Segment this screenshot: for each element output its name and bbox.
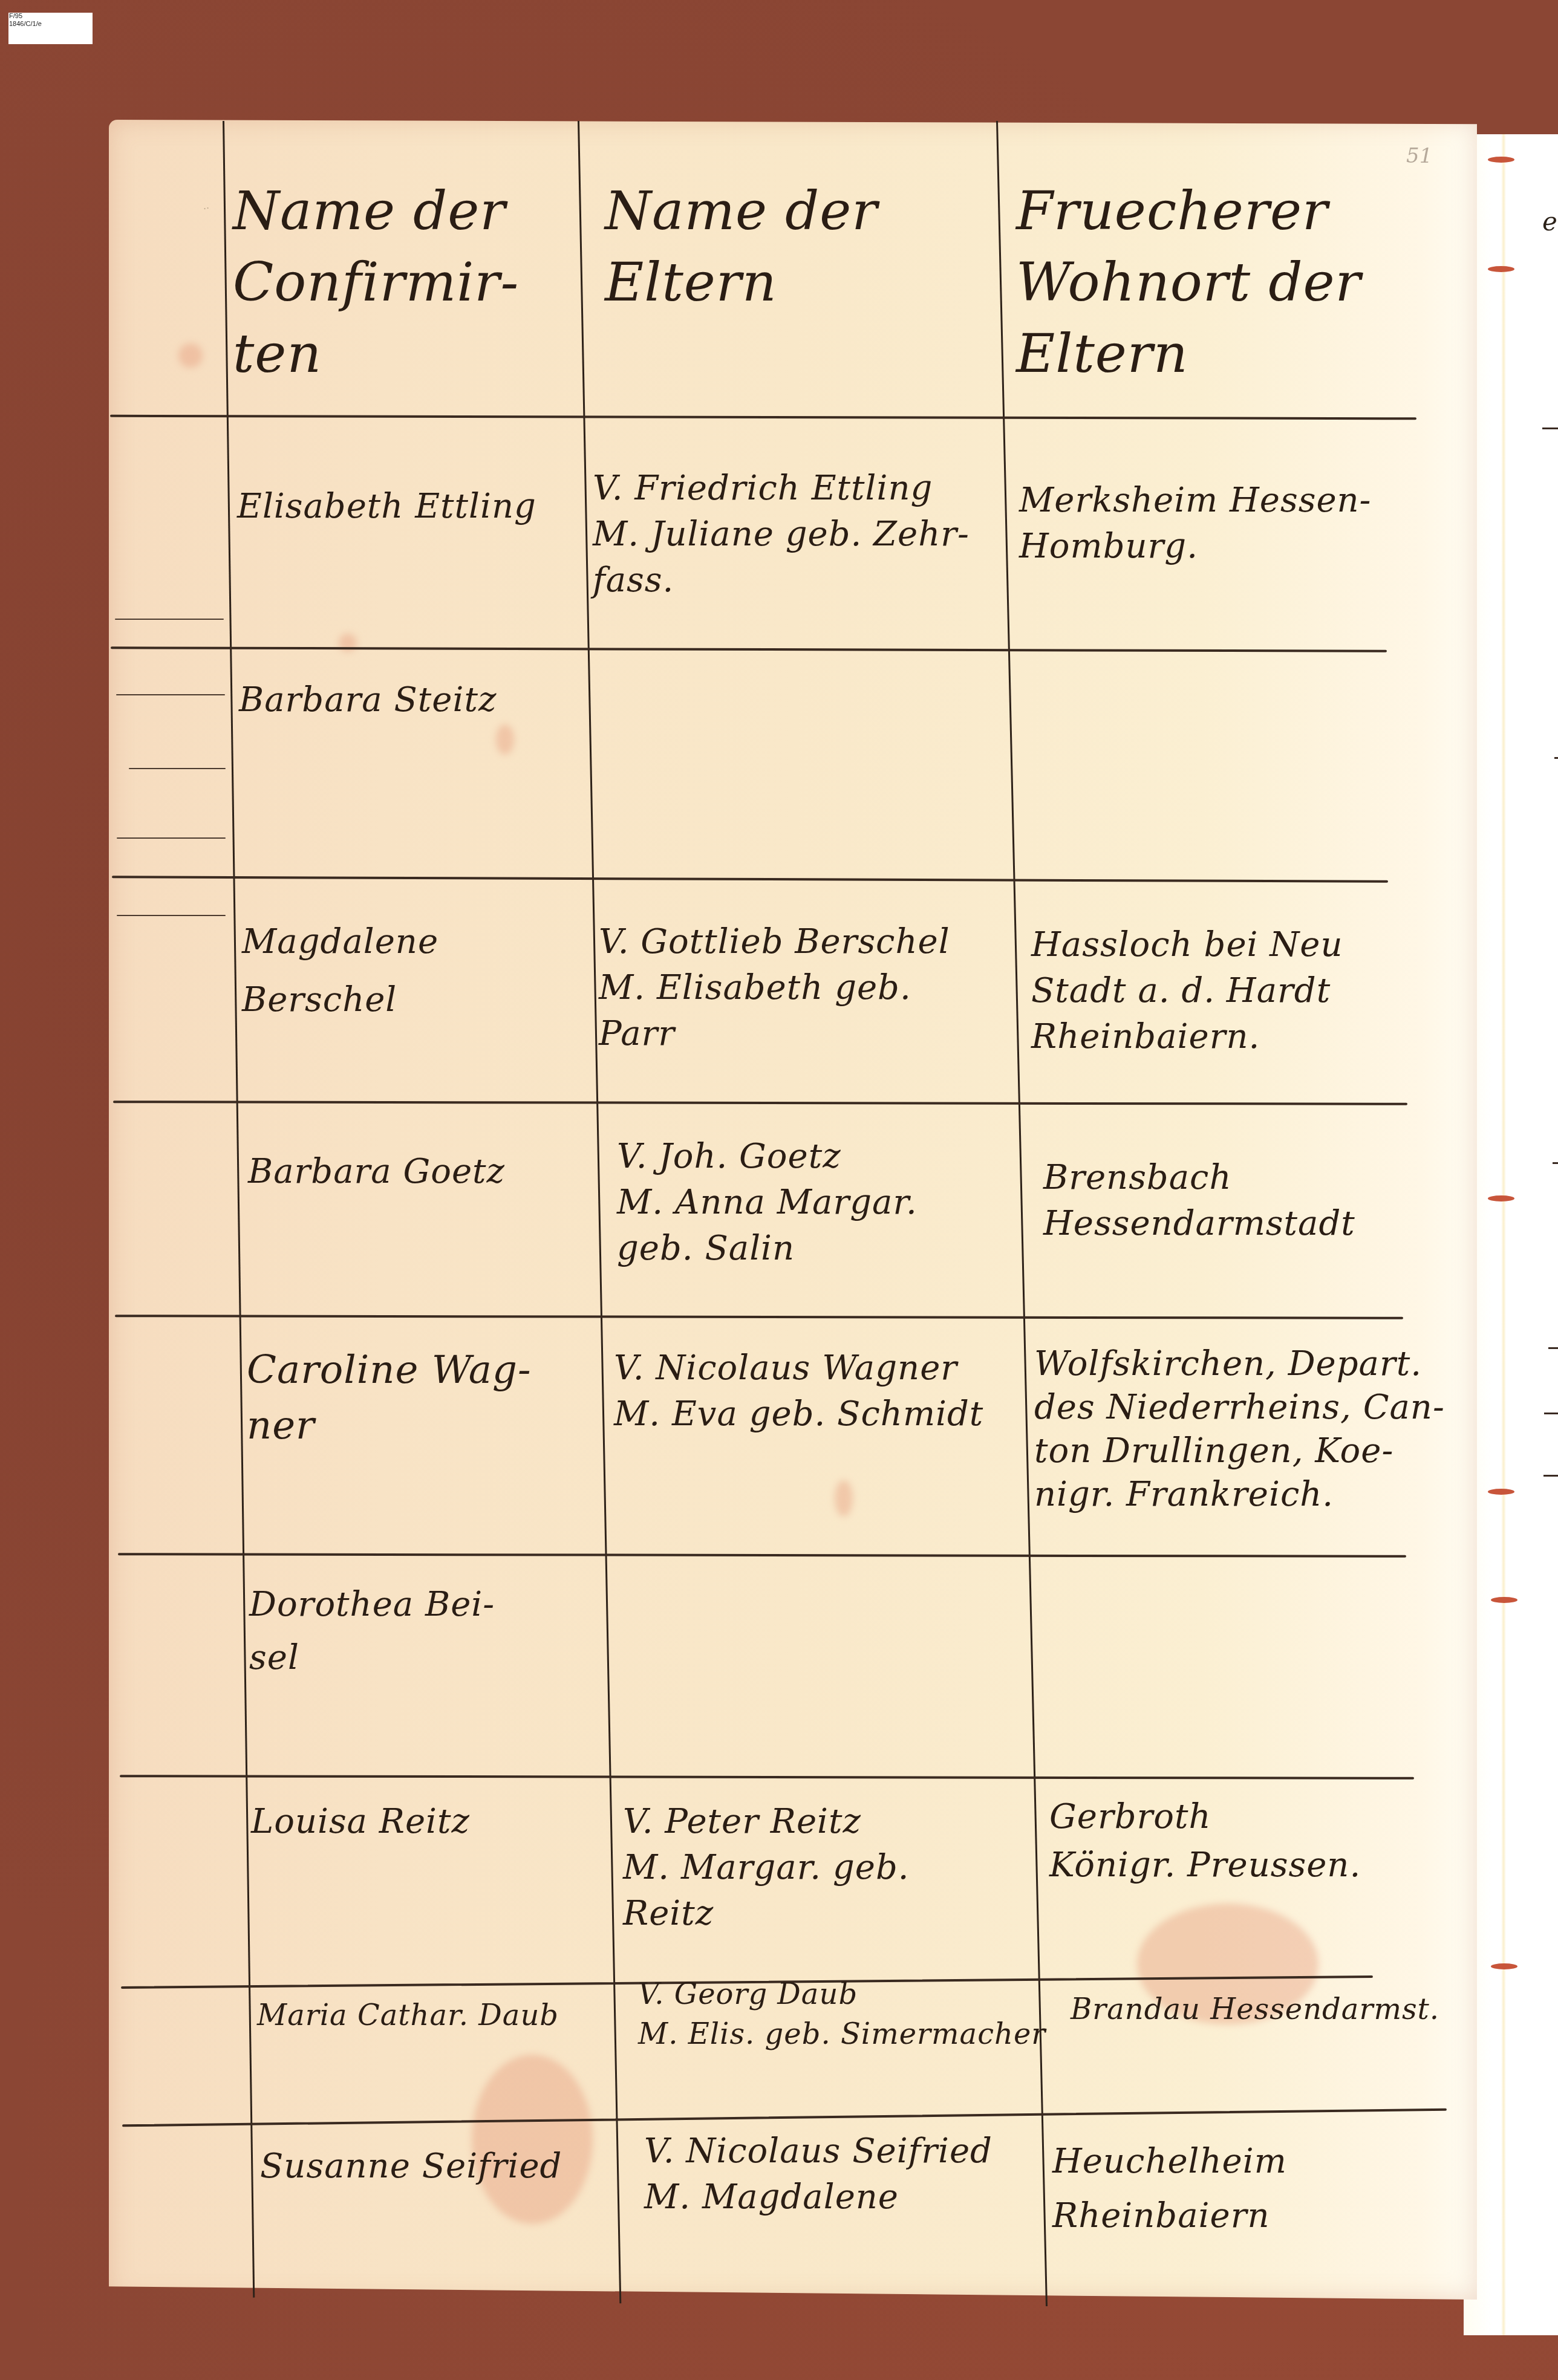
former-residence: Hassloch bei Neu Stadt a. d. Hardt Rhein… <box>1031 922 1449 1060</box>
facing-page-binding-stain <box>1488 157 1514 163</box>
margin-ruling <box>116 694 225 695</box>
confirmand-name: Louisa Reitz <box>251 1799 590 1845</box>
confirmand-name: Susanne Seifried <box>260 2144 623 2190</box>
page-gutter <box>1501 134 1506 2335</box>
facing-page-binding-stain <box>1488 266 1514 272</box>
facing-page-letter-fragment: e <box>1542 207 1557 236</box>
facing-page-binding-stain <box>1488 1489 1514 1495</box>
parent-names: V. Gottlieb Berschel M. Elisabeth geb. P… <box>599 919 998 1057</box>
facing-page-rule-fragment <box>1553 1162 1558 1164</box>
parent-names: V. Peter Reitz M. Margar. geb. Reitz <box>623 1799 1010 1937</box>
former-residence: Brandau Hessendarmst. <box>1071 1989 1482 2029</box>
parent-names: V. Nicolaus Seifried M. Magdalene <box>644 2128 1043 2220</box>
former-residence: Heuchelheim Rheinbaiern <box>1052 2135 1452 2243</box>
paper-stain <box>496 724 514 755</box>
margin-ruling <box>117 915 226 916</box>
facing-page-rule-fragment <box>1554 757 1558 759</box>
header-parent-names: Name der Eltern <box>605 175 992 318</box>
parent-names: V. Joh. Goetz M. Anna Margar. geb. Salin <box>617 1134 1004 1272</box>
parent-names: V. Friedrich Ettling M. Juliane geb. Zeh… <box>593 466 992 603</box>
archive-label-line-2: 1846/C/1/e <box>9 21 93 28</box>
former-residence: Merksheim Hessen- Homburg. <box>1019 478 1436 570</box>
facing-page-rule-fragment <box>1548 1347 1558 1349</box>
former-residence: Wolfskirchen, Depart. des Niederrheins, … <box>1034 1342 1446 1517</box>
confirmand-name: Elisabeth Ettling <box>237 484 576 530</box>
parent-names: V. Georg Daub M. Elis. geb. Simermacher <box>638 1974 1049 2054</box>
confirmand-name: Barbara Steitz <box>239 677 578 723</box>
facing-page-binding-stain <box>1491 1963 1517 1969</box>
paper-stain <box>835 1480 853 1517</box>
header-confirmand-name: Name der Confirmir- ten <box>233 175 572 389</box>
facing-page-rule-fragment <box>1543 1475 1558 1477</box>
facing-page-binding-stain <box>1488 1195 1514 1201</box>
paper-stain <box>178 343 203 368</box>
archive-label: F/95 1846/C/1/e <box>8 13 93 44</box>
former-residence: Brensbach Hessendarmstadt <box>1043 1155 1461 1247</box>
page-number: 51 <box>1406 144 1432 168</box>
archive-label-line-1: F/95 <box>9 13 93 21</box>
margin-ruling <box>115 619 224 620</box>
confirmand-name: Caroline Wag- ner <box>247 1342 585 1454</box>
former-residence: Gerbroth Königr. Preussen. <box>1049 1793 1467 1890</box>
confirmand-name: Maria Cathar. Daub <box>257 1995 620 2035</box>
margin-ruling <box>117 837 226 839</box>
facing-page-rule-fragment <box>1542 428 1558 429</box>
confirmand-name: Barbara Goetz <box>248 1149 587 1195</box>
confirmand-name: Dorothea Bei- sel <box>249 1578 588 1685</box>
facing-page-binding-stain <box>1491 1597 1517 1603</box>
margin-ruling <box>129 768 226 769</box>
parent-names: V. Nicolaus Wagner M. Eva geb. Schmidt <box>614 1345 1013 1437</box>
paper-stain <box>472 2055 593 2224</box>
confirmand-name: Magdalene Berschel <box>242 913 581 1029</box>
header-former-residence: Fruecherer Wohnort der Eltern <box>1016 175 1439 389</box>
facing-page-rule-fragment <box>1544 1413 1558 1414</box>
